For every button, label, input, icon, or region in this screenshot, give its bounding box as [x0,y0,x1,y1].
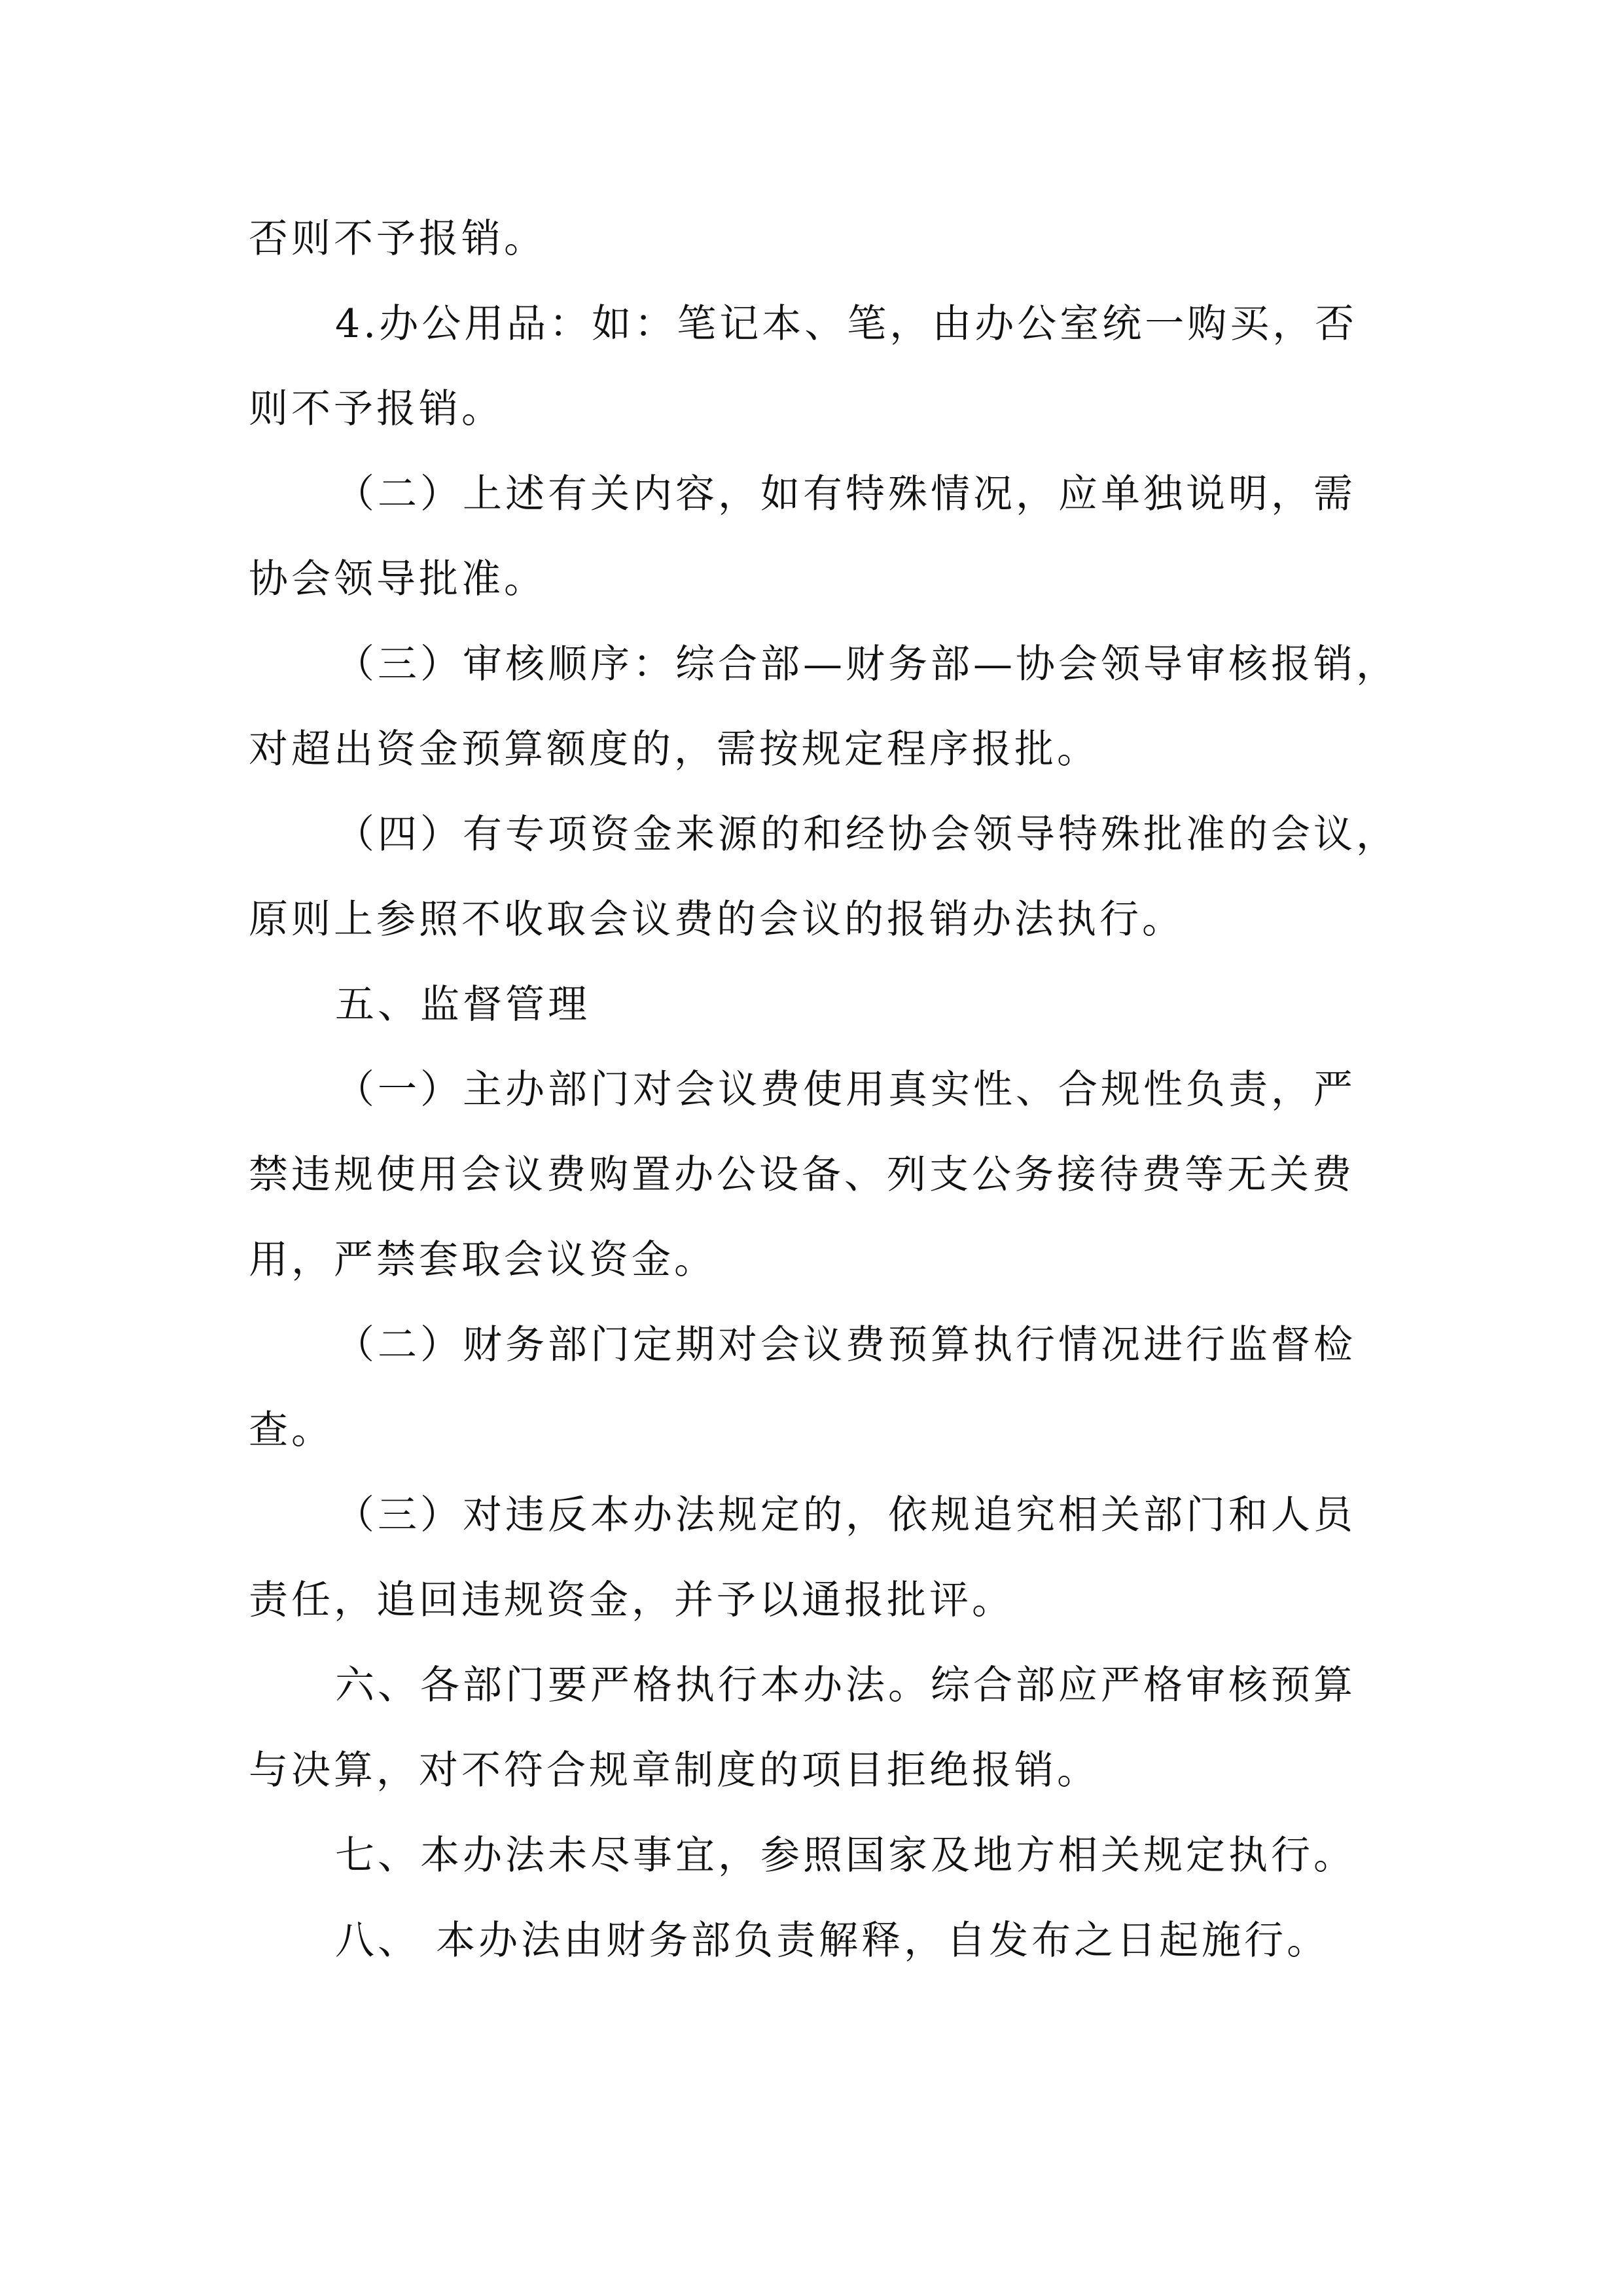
paragraph-line: 八、 本办法由财务部负责解释，自发布之日起施行。 [249,1898,1329,1983]
paragraph-line: 用，严禁套取会议资金。 [249,1217,717,1302]
paragraph-line: 对超出资金预算额度的，需按规定程序报批。 [249,707,1099,792]
paragraph-line: （二）上述有关内容，如有特殊情况，应单独说明，需 [249,452,1356,537]
paragraph-line: 责任，追回违规资金，并予以通报批评。 [249,1558,1014,1643]
paragraph-line: 查。 [249,1388,334,1473]
paragraph-line: 与决算，对不符合规章制度的项目拒绝报销。 [249,1728,1099,1813]
paragraph-line: （三）对违反本办法规定的，依规追究相关部门和人员 [249,1473,1356,1558]
paragraph-line: 则不予报销。 [249,367,504,452]
paragraph-line: 七、本办法未尽事宜，参照国家及地方相关规定执行。 [249,1813,1356,1898]
paragraph-line: 协会领导批准。 [249,537,546,622]
paragraph-line: （一）主办部门对会议费使用真实性、合规性负责，严 [249,1047,1356,1132]
paragraph-line: （二）财务部门定期对会议费预算执行情况进行监督检 [249,1302,1356,1388]
paragraph-line: 六、各部门要严格执行本办法。综合部应严格审核预算 [249,1643,1356,1728]
paragraph-line: 否则不予报销。 [249,196,546,281]
paragraph-line: 4.办公用品：如：笔记本、笔，由办公室统一购买，否 [249,281,1357,367]
paragraph-line: （四）有专项资金来源的和经协会领导特殊批准的会议， [249,792,1399,877]
section-heading: 五、监督管理 [249,962,590,1047]
paragraph-line: 禁违规使用会议费购置办公设备、列支公务接待费等无关费 [249,1132,1355,1217]
paragraph-line: （三）审核顺序：综合部—财务部—协会领导审核报销， [249,622,1399,707]
paragraph-line: 原则上参照不收取会议费的会议的报销办法执行。 [249,877,1185,962]
